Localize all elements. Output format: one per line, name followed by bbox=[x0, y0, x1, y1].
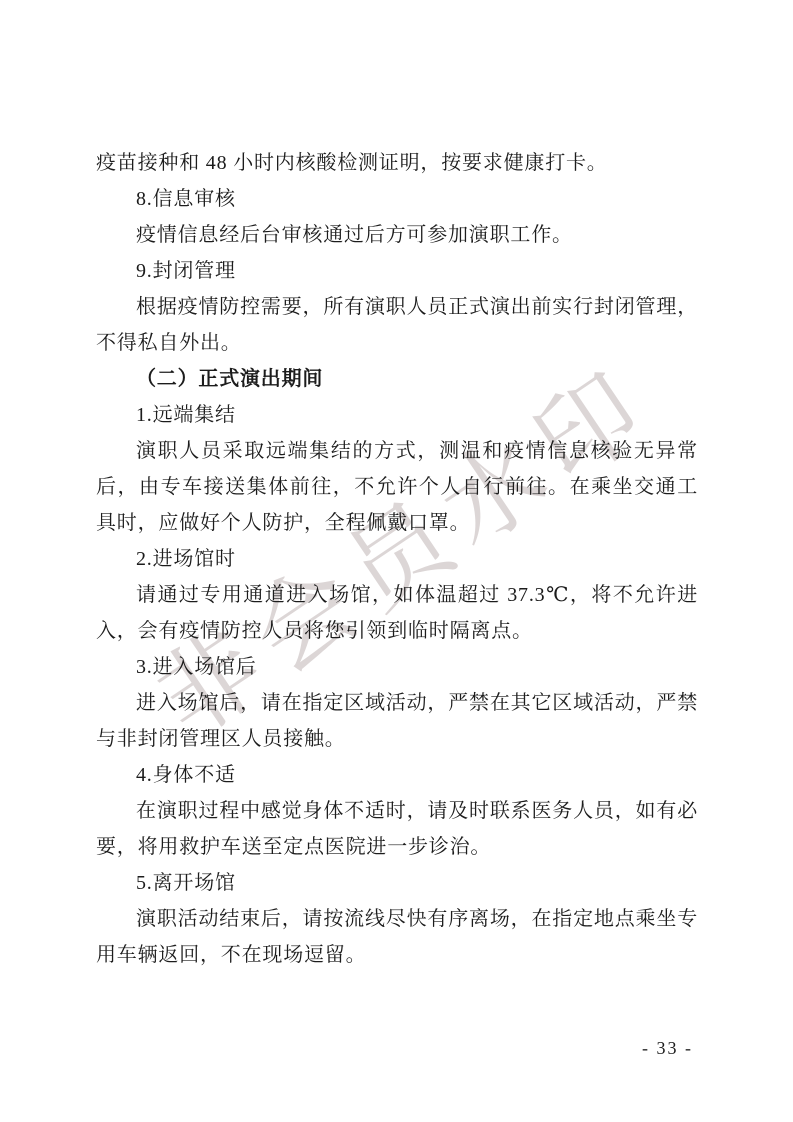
body-paragraph: 进入场馆后，请在指定区域活动，严禁在其它区域活动，严禁与非封闭管理区人员接触。 bbox=[96, 685, 698, 757]
body-paragraph: 演职人员采取远端集结的方式，测温和疫情信息核验无异常后，由专车接送集体前往，不允… bbox=[96, 433, 698, 541]
numbered-heading: 5.离开场馆 bbox=[96, 865, 698, 901]
body-paragraph: 根据疫情防控需要，所有演职人员正式演出前实行封闭管理，不得私自外出。 bbox=[96, 289, 698, 361]
body-paragraph: 请通过专用通道进入场馆，如体温超过 37.3℃，将不允许进入，会有疫情防控人员将… bbox=[96, 577, 698, 649]
page-number: - 33 - bbox=[642, 1038, 693, 1059]
numbered-heading: 9.封闭管理 bbox=[96, 253, 698, 289]
numbered-heading: 1.远端集结 bbox=[96, 397, 698, 433]
numbered-heading: 4.身体不适 bbox=[96, 757, 698, 793]
section-heading: （二）正式演出期间 bbox=[96, 361, 698, 397]
document-body: 疫苗接种和 48 小时内核酸检测证明，按要求健康打卡。 8.信息审核 疫情信息经… bbox=[96, 145, 698, 973]
body-paragraph: 疫苗接种和 48 小时内核酸检测证明，按要求健康打卡。 bbox=[96, 145, 698, 181]
body-paragraph: 在演职过程中感觉身体不适时，请及时联系医务人员，如有必要，将用救护车送至定点医院… bbox=[96, 793, 698, 865]
numbered-heading: 3.进入场馆后 bbox=[96, 649, 698, 685]
numbered-heading: 2.进场馆时 bbox=[96, 541, 698, 577]
body-paragraph: 疫情信息经后台审核通过后方可参加演职工作。 bbox=[96, 217, 698, 253]
numbered-heading: 8.信息审核 bbox=[96, 181, 698, 217]
body-paragraph: 演职活动结束后，请按流线尽快有序离场，在指定地点乘坐专用车辆返回，不在现场逗留。 bbox=[96, 901, 698, 973]
document-page: 非会员水印 疫苗接种和 48 小时内核酸检测证明，按要求健康打卡。 8.信息审核… bbox=[0, 0, 793, 1122]
